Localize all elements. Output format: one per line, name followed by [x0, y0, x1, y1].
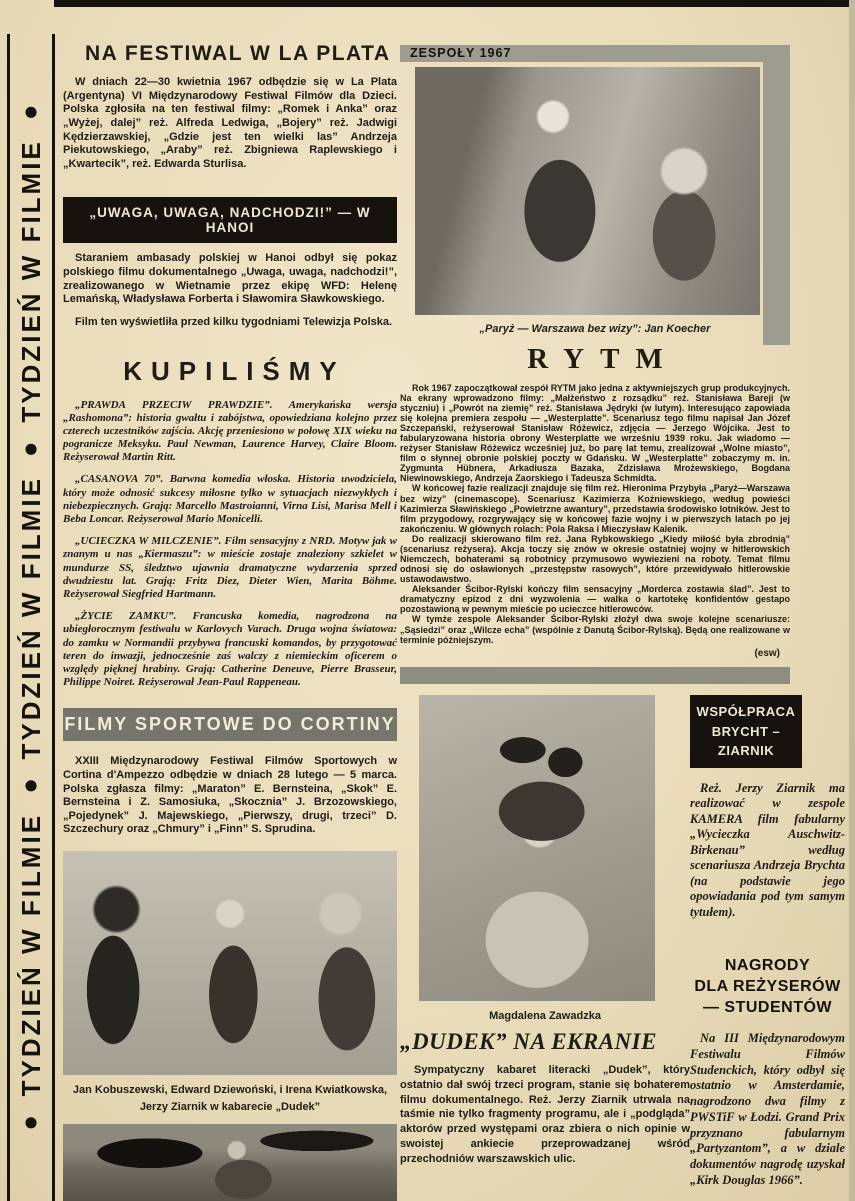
- vertical-title-text: ● TYDZIEŃ W FILMIE ● TYDZIEŃ W FILMIE ● …: [16, 96, 47, 1140]
- photo-kabaret-dudek: [63, 851, 397, 1075]
- wspolpraca-body: Reż. Jerzy Ziarnik ma realizować w zespo…: [690, 781, 845, 921]
- nagrody-heading-line-3: — STUDENTÓW: [703, 999, 832, 1016]
- right-sidebar: WSPÓŁPRACA BRYCHT – ZIARNIK Reż. Jerzy Z…: [690, 695, 845, 1201]
- kupilismy-item-4: „ŻYCIE ZAMKU”. Francuska komedia, nagrod…: [63, 610, 397, 689]
- dudek-article-body: Sympatyczny kabaret literacki „Dudek”, k…: [400, 1063, 690, 1166]
- magazine-page: { "colors": { "paper": "#e9dcba", "ink":…: [0, 0, 855, 1201]
- nagrody-body: Na III Międzynarodowym Festiwalu Filmów …: [690, 1031, 845, 1189]
- nagrody-heading-line-2: DLA REŻYSERÓW: [694, 978, 840, 995]
- hanoi-paragraph-2: Film ten wyświetliła przed kilku tygodni…: [63, 316, 397, 330]
- photo-paryz-warszawa-still: [415, 67, 760, 315]
- rytm-paragraph-4: Aleksander Ścibor-Rylski kończy film sen…: [400, 584, 790, 614]
- bottom-row: Magdalena Zawadzka „DUDEK” NA EKRANIE Sy…: [400, 695, 845, 1201]
- page-right-edge: [849, 0, 855, 1201]
- wspolpraca-header-box: WSPÓŁPRACA BRYCHT – ZIARNIK: [690, 695, 802, 768]
- kupilismy-section-title: KUPILIŚMY: [63, 356, 397, 387]
- rytm-article-title: RYTM: [400, 343, 790, 376]
- kabaret-photo-caption: Jan Kobuszewski, Edward Dziewoński, i Ir…: [63, 1082, 397, 1116]
- photo-magdalena-zawadzka: [419, 695, 655, 1001]
- nagrody-heading-line-1: NAGRODY: [725, 957, 810, 974]
- hanoi-section-header: „UWAGA, UWAGA, NADCHODZI!” — W HANOI: [63, 197, 397, 243]
- wspolpraca-header-line-1: WSPÓŁPRACA: [697, 704, 796, 719]
- hanoi-paragraph-1: Staraniem ambasady polskiej w Hanoi odby…: [63, 252, 397, 307]
- kabaret-caption-line-2: Jerzy Ziarnik w kabarecie „Dudek”: [140, 1101, 320, 1113]
- rytm-author-signature: (esw): [400, 648, 790, 659]
- wspolpraca-header-line-2: BRYCHT – ZIARNIK: [712, 724, 781, 759]
- kupilismy-item-3: „UCIECZKA W MILCZENIE”. Film sensacyjny …: [63, 535, 397, 601]
- rytm-paragraph-5: W tymże zespole Aleksander Ścibor-Rylski…: [400, 614, 790, 644]
- section-divider-bar: [400, 667, 790, 685]
- festival-article-title: NA FESTIWAL W LA PLATA: [85, 42, 397, 66]
- kupilismy-item-2: „CASANOVA 70”. Barwna komedia włoska. Hi…: [63, 473, 397, 526]
- nagrody-heading: NAGRODY DLA REŻYSERÓW — STUDENTÓW: [690, 955, 845, 1018]
- zespoly-1967-label-bar: ZESPOŁY 1967: [400, 45, 790, 62]
- photo-film-crew: [63, 1124, 397, 1201]
- cortina-section-header: FILMY SPORTOWE DO CORTINY: [63, 708, 397, 741]
- dudek-article-title: „DUDEK” NA EKRANIE: [400, 1029, 690, 1055]
- left-column: NA FESTIWAL W LA PLATA W dniach 22—30 kw…: [63, 40, 397, 1201]
- photo-frame-strip: [763, 45, 790, 345]
- kabaret-caption-line-1: Jan Kobuszewski, Edward Dziewoński, i Ir…: [73, 1084, 387, 1096]
- zawadzka-photo-caption: Magdalena Zawadzka: [400, 1010, 690, 1022]
- page-top-rule: [54, 0, 855, 7]
- cortina-body: XXIII Międzynarodowy Festiwal Filmów Spo…: [63, 755, 397, 837]
- right-column: ZESPOŁY 1967 „Paryż — Warszawa bez wizy”…: [400, 45, 845, 1201]
- rytm-paragraph-1: Rok 1967 zapoczątkował zespół RYTM jako …: [400, 383, 790, 484]
- vertical-title-band: ● TYDZIEŃ W FILMIE ● TYDZIEŃ W FILMIE ● …: [7, 34, 55, 1201]
- dudek-article-block: Magdalena Zawadzka „DUDEK” NA EKRANIE Sy…: [400, 695, 690, 1201]
- rytm-paragraph-3: Do realizacji skierowano film reż. Jana …: [400, 534, 790, 584]
- kupilismy-item-1: „PRAWDA PRZECIW PRAWDZIE”. Amerykańska w…: [63, 399, 397, 465]
- plane-photo-caption: „Paryż — Warszawa bez wizy”: Jan Koecher: [400, 323, 790, 335]
- festival-article-body: W dniach 22—30 kwietnia 1967 odbędzie si…: [63, 76, 397, 171]
- rytm-paragraph-2: W końcowej fazie realizacji znajduje się…: [400, 483, 790, 533]
